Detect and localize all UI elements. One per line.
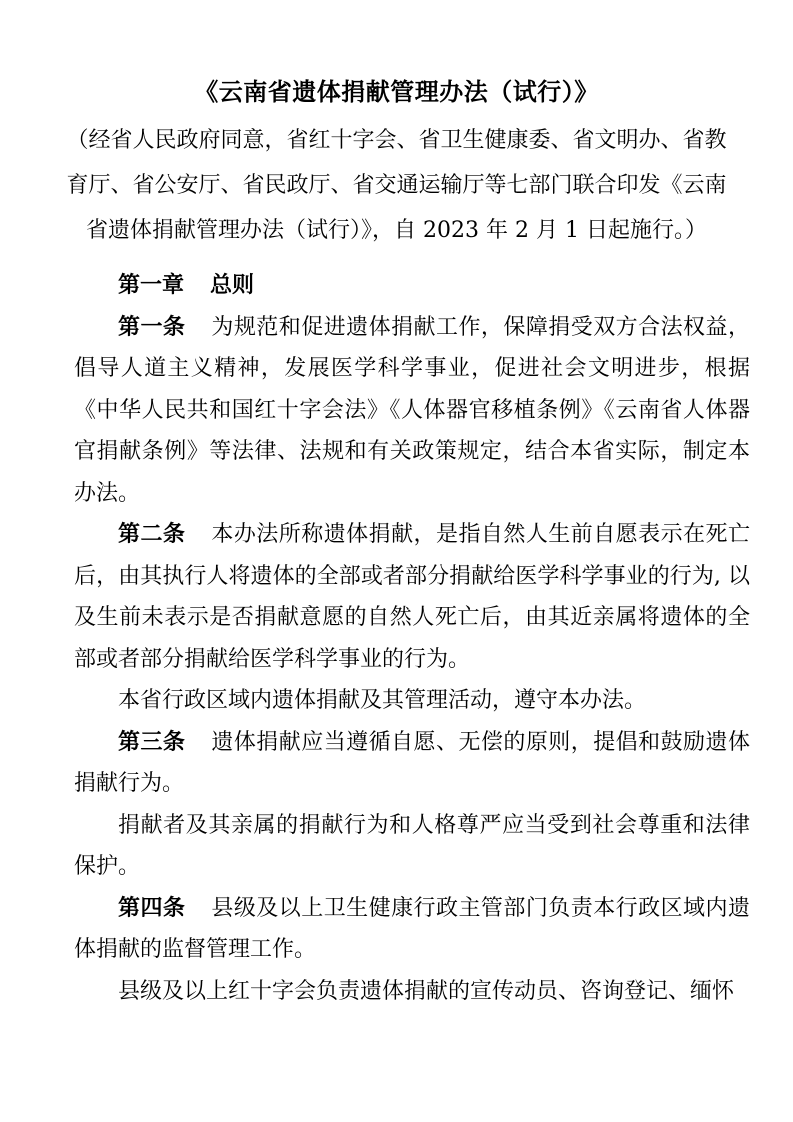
article-paragraph: 第四条县级及以上卫生健康行政主管部门负责本行政区域内遗体捐献的监督管理工作。 <box>74 888 750 971</box>
article-number: 第四条 <box>118 895 185 921</box>
chapter-title: 总则 <box>210 272 254 298</box>
document-preamble: （经省人民政府同意，省红十字会、省卫生健康委、省文明办、省教育厅、省公安厅、省民… <box>66 118 728 253</box>
article-number: 第一条 <box>118 314 185 340</box>
article-paragraph: 第一条为规范和促进遗体捐献工作，保障捐受双方合法权益，倡导人道主义精神，发展医学… <box>74 307 750 515</box>
document-body: 第一章总则 第一条为规范和促进遗体捐献工作，保障捐受双方合法权益，倡导人道主义精… <box>74 265 750 1012</box>
body-paragraph: 捐献者及其亲属的捐献行为和人格尊严应当受到社会尊重和法律保护。 <box>74 805 750 888</box>
body-paragraph: 县级及以上红十字会负责遗体捐献的宣传动员、咨询登记、缅怀 <box>74 971 750 1013</box>
paragraph-text: 本省行政区域内遗体捐献及其管理活动，遵守本办法。 <box>118 688 646 713</box>
paragraph-text: 捐献者及其亲属的捐献行为和人格尊严应当受到社会尊重和法律保护。 <box>74 813 750 880</box>
body-paragraph: 本省行政区域内遗体捐献及其管理活动，遵守本办法。 <box>74 680 750 722</box>
article-number: 第三条 <box>118 729 185 755</box>
chapter-number: 第一章 <box>118 272 184 298</box>
article-text: 为规范和促进遗体捐献工作，保障捐受双方合法权益，倡导人道主义精神，发展医学科学事… <box>74 315 750 506</box>
document-page: 《云南省遗体捐献管理办法（试行）》 （经省人民政府同意，省红十字会、省卫生健康委… <box>0 0 793 1122</box>
chapter-heading: 第一章总则 <box>74 265 750 307</box>
article-paragraph: 第二条本办法所称遗体捐献，是指自然人生前自愿表示在死亡后，由其执行人将遗体的全部… <box>74 514 750 680</box>
article-number: 第二条 <box>118 521 185 547</box>
paragraph-text: 县级及以上红十字会负责遗体捐献的宣传动员、咨询登记、缅怀 <box>118 979 734 1004</box>
article-paragraph: 第三条遗体捐献应当遵循自愿、无偿的原则，提倡和鼓励遗体捐献行为。 <box>74 722 750 805</box>
document-title: 《云南省遗体捐献管理办法（试行）》 <box>0 0 793 108</box>
